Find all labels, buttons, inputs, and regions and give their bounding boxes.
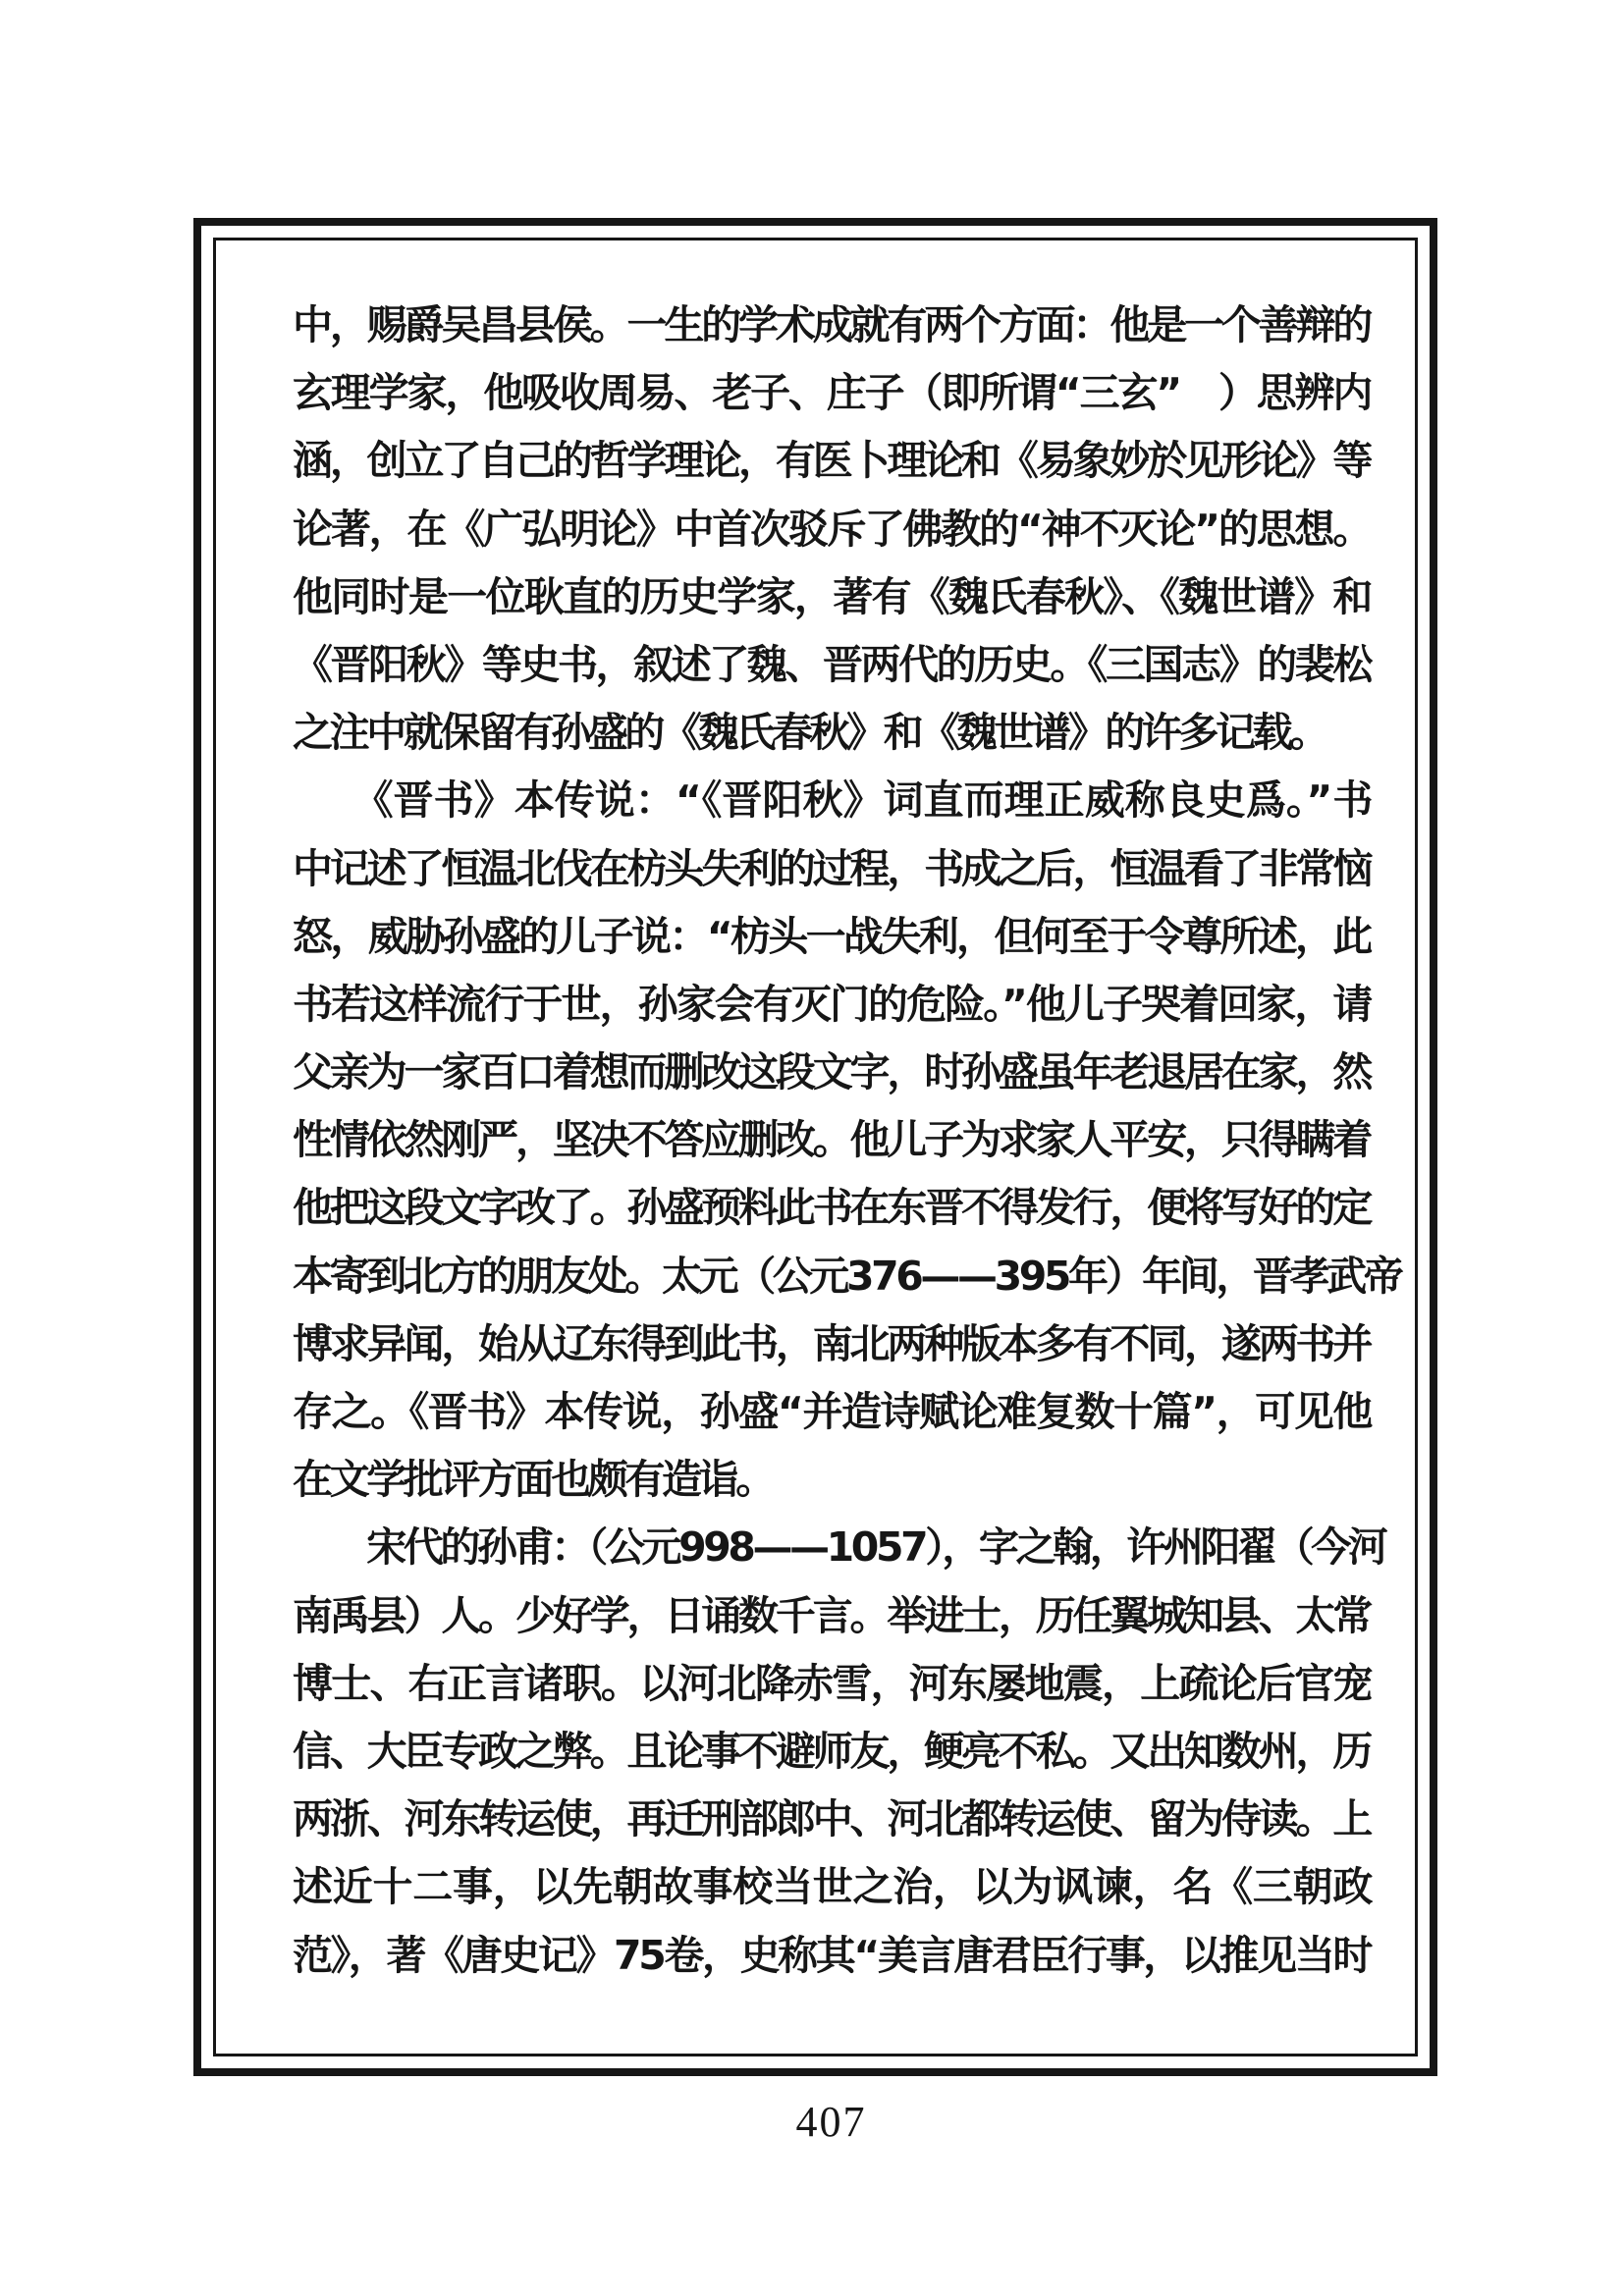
text-line: 范》，著《唐史记》75卷，史称其“美言唐君臣行事，以推见当时 — [293, 1922, 1370, 1990]
text-line: 玄理学家，他吸收周易、老子、庄子（即所谓“三玄” ）思辨内 — [293, 359, 1370, 427]
text-line: 中，赐爵吴昌县侯。一生的学术成就有两个方面：他是一个善辩的 — [293, 292, 1370, 359]
text-line: 存之。《晋书》本传说，孙盛“并造诗赋论难复数十篇”，可见他 — [293, 1378, 1370, 1446]
text-line: 在文学批评方面也颇有造诣。 — [293, 1446, 1370, 1514]
text-line: 南禹县）人。少好学，日诵数千言。举进士，历任翼城知县、太常 — [293, 1582, 1370, 1650]
text-line: 本寄到北方的朋友处。太元（公元376——395年）年间，晋孝武帝 — [293, 1243, 1370, 1310]
page-number: 407 — [293, 2097, 1370, 2147]
page-border-inner: 中，赐爵吴昌县侯。一生的学术成就有两个方面：他是一个善辩的玄理学家，他吸收周易、… — [213, 238, 1418, 2056]
text-line: 他同时是一位耿直的历史学家，著有《魏氏春秋》、《魏世谱》和 — [293, 563, 1370, 631]
text-line: 《晋阳秋》等史书，叙述了魏、晋两代的历史。《三国志》的裴松 — [293, 631, 1370, 699]
text-line: 述近十二事，以先朝故事校当世之治，以为讽谏，名《三朝政 — [293, 1853, 1370, 1921]
text-line: 书若这样流行于世，孙家会有灭门的危险。”他儿子哭着回家，请 — [293, 971, 1370, 1039]
text-line: 宋代的孙甫：（公元998——1057），字之翰，许州阳翟（今河 — [293, 1514, 1370, 1581]
body-text: 中，赐爵吴昌县侯。一生的学术成就有两个方面：他是一个善辩的玄理学家，他吸收周易、… — [293, 292, 1370, 1990]
text-line: 他把这段文字改了。孙盛预料此书在东晋不得发行，便将写好的定 — [293, 1174, 1370, 1242]
text-line: 之注中就保留有孙盛的《魏氏春秋》和《魏世谱》的许多记载。 — [293, 699, 1370, 767]
text-line: 两浙、河东转运使，再迁刑部郎中、河北都转运使、留为侍读。上 — [293, 1786, 1370, 1853]
text-line: 论著，在《广弘明论》中首次驳斥了佛教的“神不灭论”的思想。 — [293, 496, 1370, 563]
text-line: 性情依然刚严，坚决不答应删改。他儿子为求家人平安，只得瞒着 — [293, 1106, 1370, 1174]
text-line: 中记述了恒温北伐在枋头失利的过程，书成之后，恒温看了非常恼 — [293, 835, 1370, 903]
text-line: 父亲为一家百口着想而删改这段文字，时孙盛虽年老退居在家，然 — [293, 1039, 1370, 1106]
text-line: 怒，威胁孙盛的儿子说：“枋头一战失利，但何至于令尊所述，此 — [293, 903, 1370, 971]
page-border-outer: 中，赐爵吴昌县侯。一生的学术成就有两个方面：他是一个善辩的玄理学家，他吸收周易、… — [193, 218, 1437, 2076]
text-line: 博求异闻，始从辽东得到此书，南北两种版本多有不同，遂两书并 — [293, 1310, 1370, 1378]
text-line: 信、大臣专政之弊。且论事不避师友，鲠亮不私。又出知数州，历 — [293, 1718, 1370, 1786]
text-line: 《晋书》本传说：“《晋阳秋》词直而理正威称良史爲。”书 — [293, 767, 1370, 834]
text-line: 涵，创立了自己的哲学理论，有医卜理论和《易象妙於见形论》等 — [293, 427, 1370, 495]
text-line: 博士、右正言诸职。以河北降赤雪，河东屡地震，上疏论后官宠 — [293, 1650, 1370, 1718]
